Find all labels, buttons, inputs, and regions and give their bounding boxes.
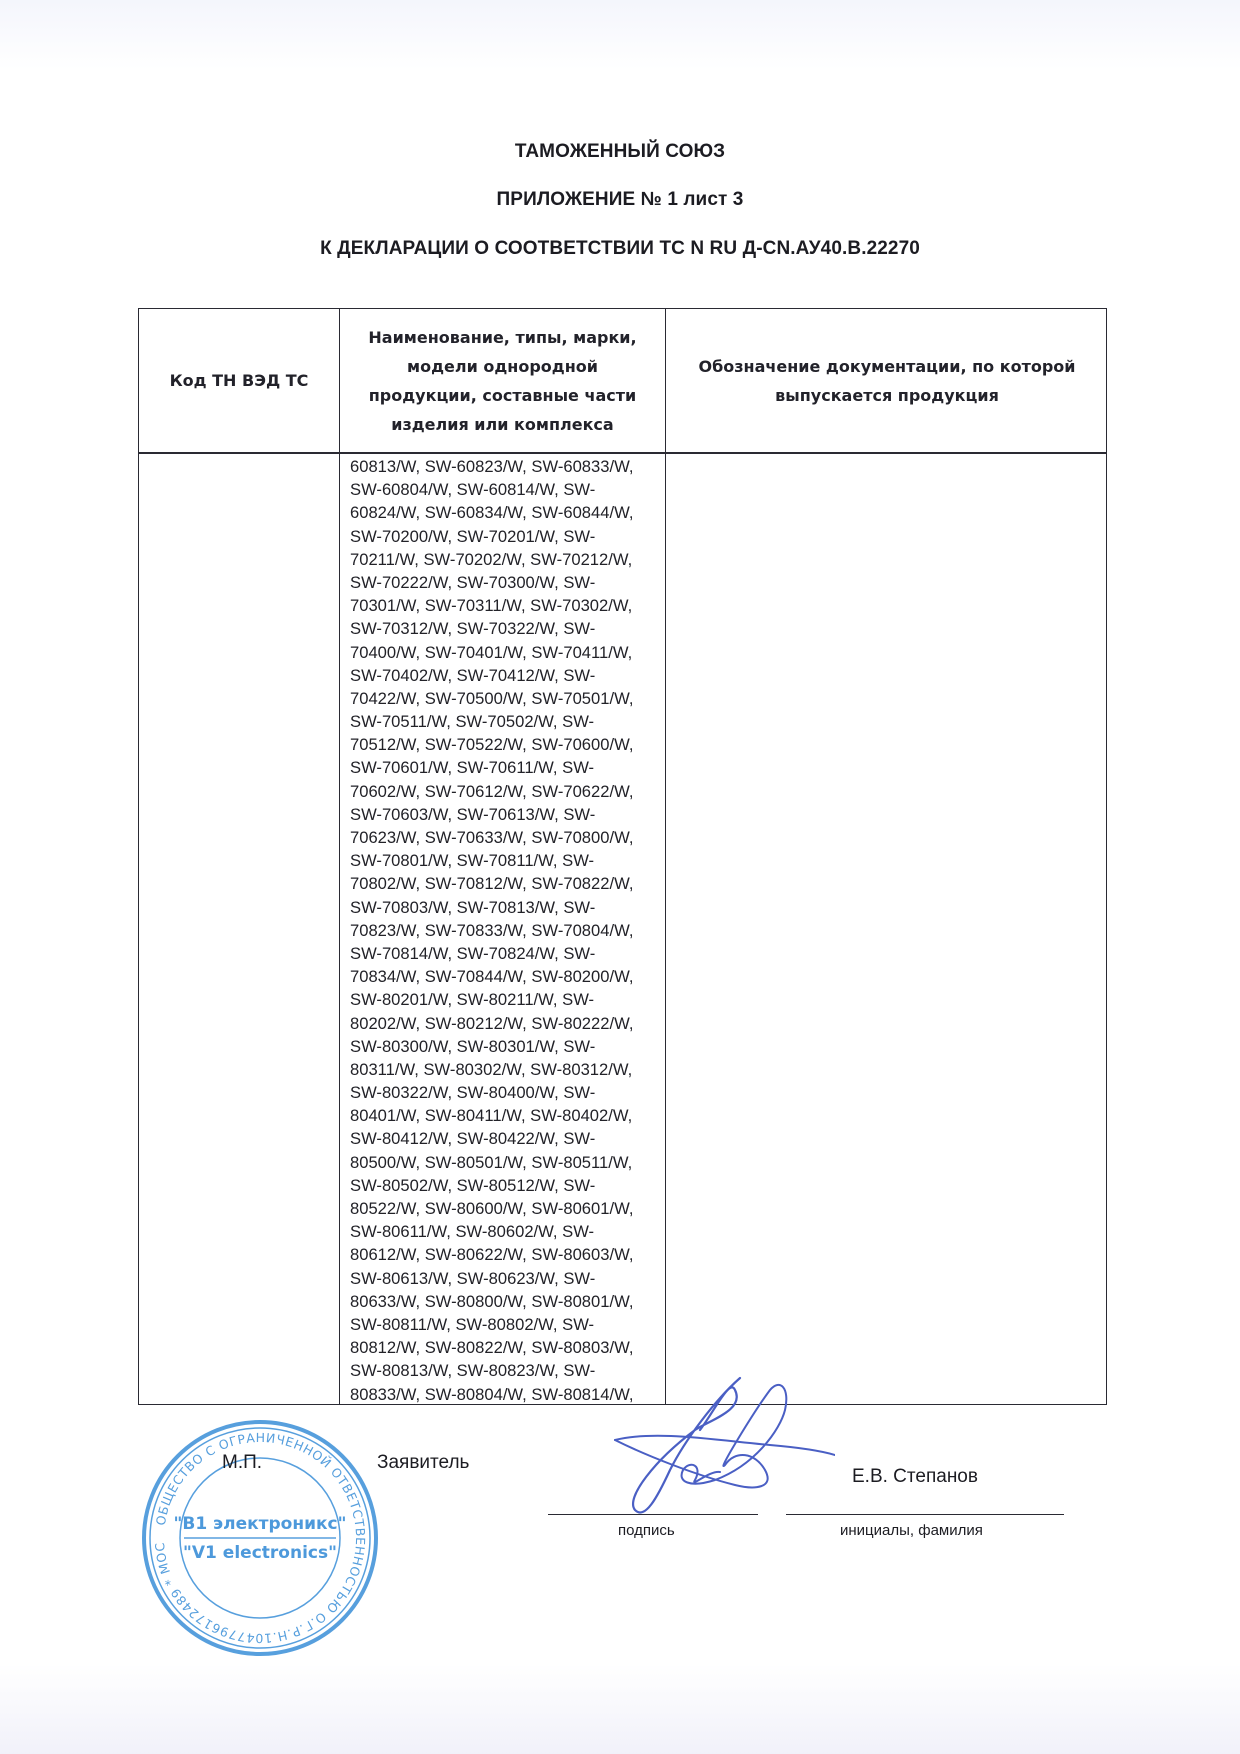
model-list-line: 80612/W, SW-80622/W, SW-80603/W, [350, 1243, 662, 1266]
model-list-line: SW-70312/W, SW-70322/W, SW- [350, 617, 662, 640]
model-list-line: 80500/W, SW-80501/W, SW-80511/W, [350, 1151, 662, 1174]
name-line [786, 1514, 1064, 1515]
model-list-line: 70301/W, SW-70311/W, SW-70302/W, [350, 594, 662, 617]
model-list-line: 70512/W, SW-70522/W, SW-70600/W, [350, 733, 662, 756]
model-list-line: SW-70511/W, SW-70502/W, SW- [350, 710, 662, 733]
model-list-line: 80812/W, SW-80822/W, SW-80803/W, [350, 1336, 662, 1359]
model-list-line: SW-70200/W, SW-70201/W, SW- [350, 525, 662, 548]
model-list-line: 70211/W, SW-70202/W, SW-70212/W, [350, 548, 662, 571]
model-list-line: 70623/W, SW-70633/W, SW-70800/W, [350, 826, 662, 849]
model-list-line: SW-70814/W, SW-70824/W, SW- [350, 942, 662, 965]
model-list-line: 70823/W, SW-70833/W, SW-70804/W, [350, 919, 662, 942]
model-list-line: 80401/W, SW-80411/W, SW-80402/W, [350, 1104, 662, 1127]
handwritten-signature [595, 1370, 835, 1520]
signer-name: Е.В. Степанов [852, 1466, 978, 1488]
signature-line [548, 1514, 758, 1515]
header-union-title: ТАМОЖЕННЫЙ СОЮЗ [0, 141, 1240, 163]
name-caption: инициалы, фамилия [840, 1522, 983, 1539]
model-list-line: SW-70803/W, SW-70813/W, SW- [350, 896, 662, 919]
column-header-documentation: Обозначение документации, по которой вып… [667, 309, 1107, 452]
column-header-code: Код ТН ВЭД ТС [139, 309, 339, 452]
model-list-line: 70602/W, SW-70612/W, SW-70622/W, [350, 780, 662, 803]
model-list-line: SW-80611/W, SW-80602/W, SW- [350, 1220, 662, 1243]
applicant-label: Заявитель [377, 1452, 469, 1474]
model-list-line: SW-80322/W, SW-80400/W, SW- [350, 1081, 662, 1104]
model-list-cell: 60813/W, SW-60823/W, SW-60833/W,SW-60804… [350, 455, 662, 1406]
signature-caption: подпись [618, 1522, 675, 1539]
header-appendix-title: ПРИЛОЖЕНИЕ № 1 лист 3 [0, 189, 1240, 211]
model-list-line: SW-70601/W, SW-70611/W, SW- [350, 756, 662, 779]
model-list-line: SW-70801/W, SW-70811/W, SW- [350, 849, 662, 872]
model-list-line: SW-80811/W, SW-80802/W, SW- [350, 1313, 662, 1336]
model-list-line: SW-70402/W, SW-70412/W, SW- [350, 664, 662, 687]
header-declaration-title: К ДЕКЛАРАЦИИ О СООТВЕТСТВИИ ТС N RU Д-CN… [0, 238, 1240, 260]
model-list-line: SW-80613/W, SW-80623/W, SW- [350, 1267, 662, 1290]
products-table: Код ТН ВЭД ТС Наименование, типы, марки,… [138, 308, 1107, 1405]
model-list-line: SW-70222/W, SW-70300/W, SW- [350, 571, 662, 594]
model-list-line: 70834/W, SW-70844/W, SW-80200/W, [350, 965, 662, 988]
seal-placeholder-label: М.П. [222, 1452, 262, 1474]
column-divider [339, 309, 340, 1404]
model-list-line: 70802/W, SW-70812/W, SW-70822/W, [350, 872, 662, 895]
stamp-company-name-en: "V1 electronics" [183, 1543, 337, 1563]
column-divider [665, 309, 666, 1404]
model-list-line: 60824/W, SW-60834/W, SW-60844/W, [350, 501, 662, 524]
model-list-line: SW-70603/W, SW-70613/W, SW- [350, 803, 662, 826]
header-divider [139, 452, 1106, 454]
column-header-products: Наименование, типы, марки, модели одноро… [340, 309, 665, 452]
model-list-line: 60813/W, SW-60823/W, SW-60833/W, [350, 455, 662, 478]
model-list-line: SW-80201/W, SW-80211/W, SW- [350, 988, 662, 1011]
model-list-line: SW-80300/W, SW-80301/W, SW- [350, 1035, 662, 1058]
model-list-line: 70400/W, SW-70401/W, SW-70411/W, [350, 641, 662, 664]
model-list-line: SW-80412/W, SW-80422/W, SW- [350, 1127, 662, 1150]
model-list-line: 80522/W, SW-80600/W, SW-80601/W, [350, 1197, 662, 1220]
model-list-line: SW-80502/W, SW-80512/W, SW- [350, 1174, 662, 1197]
model-list-line: 70422/W, SW-70500/W, SW-70501/W, [350, 687, 662, 710]
model-list-line: 80633/W, SW-80800/W, SW-80801/W, [350, 1290, 662, 1313]
model-list-line: SW-60804/W, SW-60814/W, SW- [350, 478, 662, 501]
model-list-line: 80311/W, SW-80302/W, SW-80312/W, [350, 1058, 662, 1081]
stamp-company-name-ru: "В1 электроникс" [174, 1514, 347, 1534]
model-list-line: 80202/W, SW-80212/W, SW-80222/W, [350, 1012, 662, 1035]
